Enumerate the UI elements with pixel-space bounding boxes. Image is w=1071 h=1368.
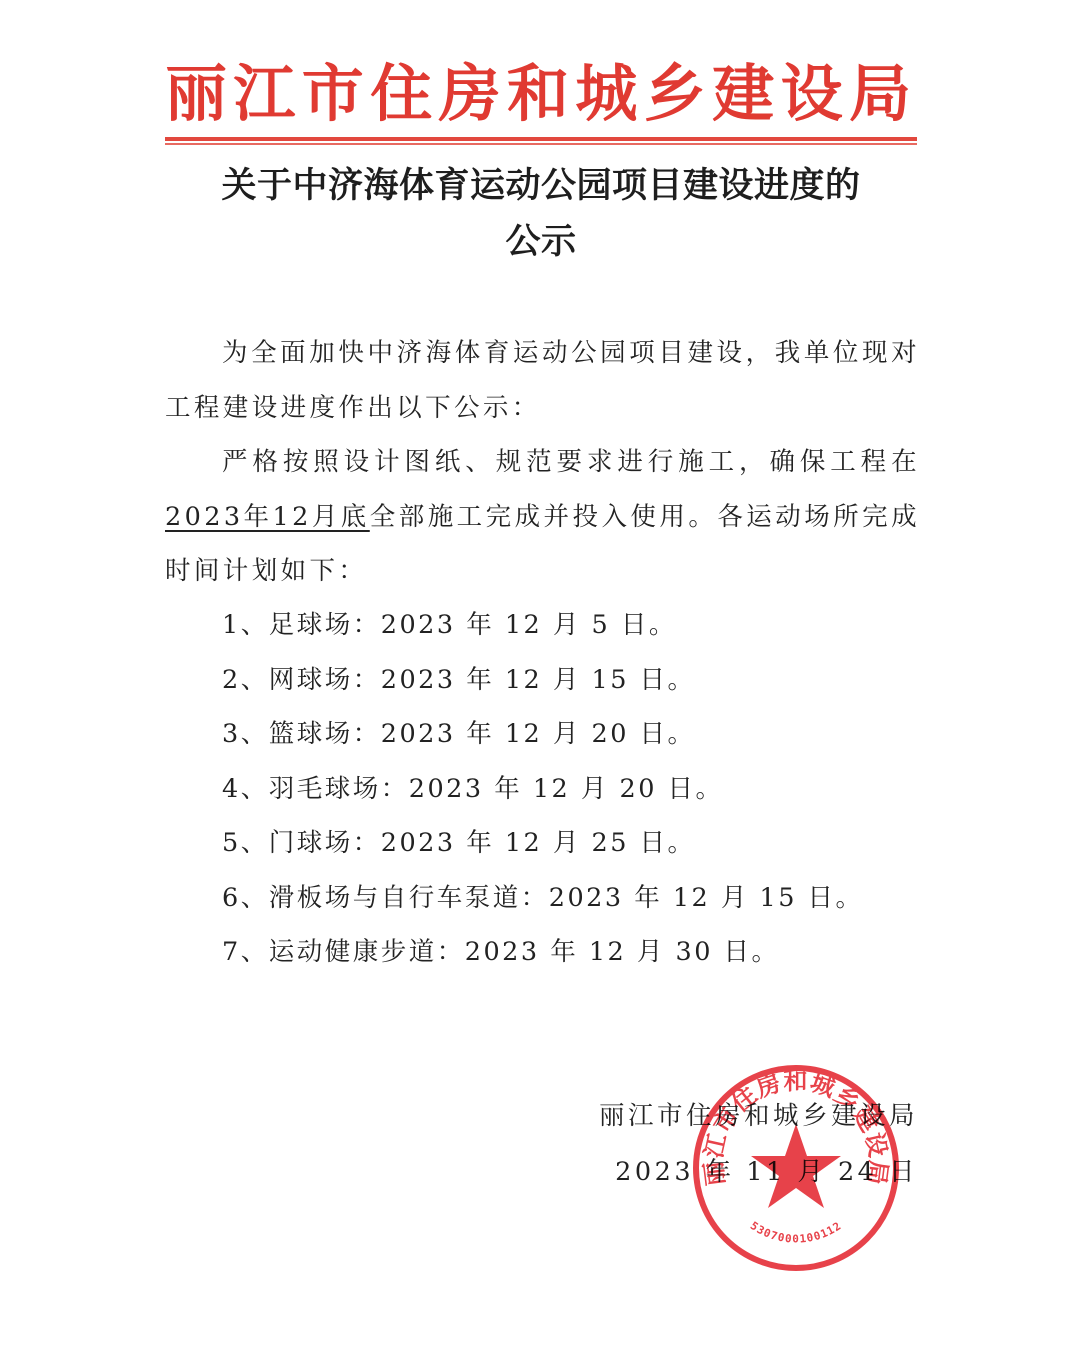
schedule-item-basketball: 3、篮球场：2023 年 12 月 20 日。 [222, 707, 902, 762]
schedule-item-football: 1、足球场：2023 年 12 月 5 日。 [222, 598, 902, 653]
intro-paragraph: 为全面加快中济海体育运动公园项目建设，我单位现对工程建设进度作出以下公示： [165, 326, 920, 435]
schedule-item-tennis: 2、网球场：2023 年 12 月 15 日。 [222, 653, 902, 708]
schedule-item-badminton: 4、羽毛球场：2023 年 12 月 20 日。 [222, 762, 902, 817]
deadline-text-before: 严格按照设计图纸、规范要求进行施工，确保工程在 [222, 447, 920, 477]
deadline-underlined-date: 2023年12月底 [165, 502, 370, 532]
letterhead-rule-thin [165, 143, 917, 145]
schedule-item-fitness-trail: 7、运动健康步道：2023 年 12 月 30 日。 [222, 925, 902, 980]
seal-code: 5307000100112 [748, 1219, 844, 1246]
schedule-item-skate-pumptrack: 6、滑板场与自行车泵道：2023 年 12 月 15 日。 [222, 871, 902, 926]
seal-code-text: 5307000100112 [748, 1219, 844, 1246]
document-body: 为全面加快中济海体育运动公园项目建设，我单位现对工程建设进度作出以下公示： 严格… [165, 326, 920, 599]
letterhead-rule-thick [165, 137, 917, 141]
star-icon [751, 1124, 841, 1208]
official-seal: 丽江市住房和城乡建设局 5307000100112 [690, 1062, 902, 1274]
completion-schedule-list: 1、足球场：2023 年 12 月 5 日。 2、网球场：2023 年 12 月… [222, 598, 902, 980]
schedule-item-gateball: 5、门球场：2023 年 12 月 25 日。 [222, 816, 902, 871]
letterhead-title: 丽江市住房和城乡建设局 [165, 58, 917, 130]
document-page: 丽江市住房和城乡建设局 关于中济海体育运动公园项目建设进度的 公示 为全面加快中… [0, 0, 1071, 1368]
document-title-line-2: 公示 [160, 214, 922, 270]
deadline-paragraph: 严格按照设计图纸、规范要求进行施工，确保工程在2023年12月底全部施工完成并投… [165, 435, 920, 599]
document-title: 关于中济海体育运动公园项目建设进度的 公示 [160, 158, 922, 270]
document-title-line-1: 关于中济海体育运动公园项目建设进度的 [160, 158, 922, 214]
